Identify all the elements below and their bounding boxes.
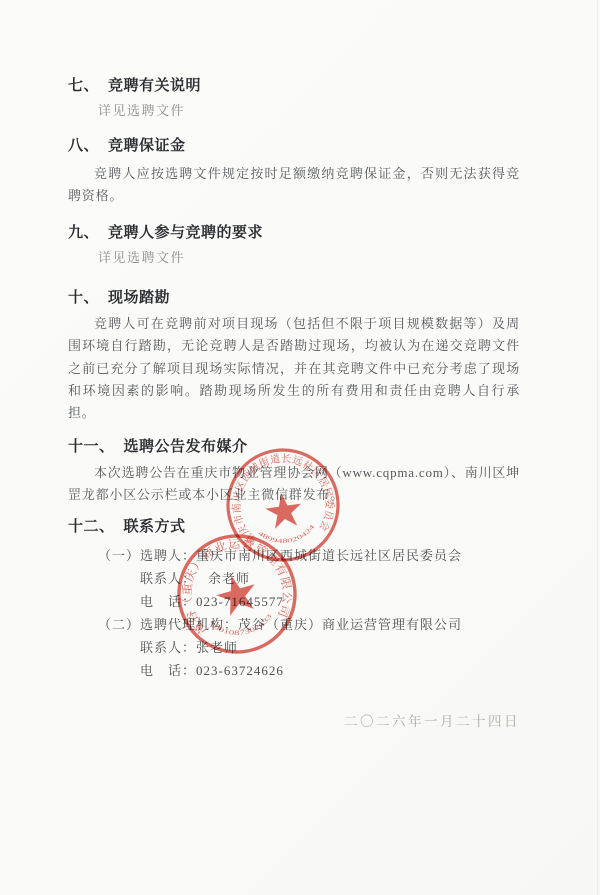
- svg-text:5001087302633: 5001087302633: [207, 612, 275, 640]
- scanned-document-page: 七、竞聘有关说明 详见选聘文件 八、竞聘保证金 竞聘人应按选聘文件规定按时足额缴…: [0, 0, 600, 895]
- section-7-heading: 七、竞聘有关说明: [68, 76, 520, 96]
- document-date: 二〇二六年一月二十四日: [68, 712, 520, 732]
- section-7-title: 竞聘有关说明: [108, 77, 201, 94]
- section-7-body: 详见选聘文件: [68, 102, 520, 120]
- section-8-heading: 八、竞聘保证金: [68, 136, 520, 156]
- committee-seal-star-icon: [263, 491, 304, 530]
- section-10-heading: 十、现场踏勘: [68, 288, 520, 308]
- section-9-number: 九、: [68, 224, 99, 241]
- section-8-title: 竞聘保证金: [108, 137, 186, 154]
- phone2-number: 023-63724626: [196, 663, 284, 678]
- scan-edge-artifact: [597, 0, 598, 895]
- section-12-number: 十二、: [68, 518, 115, 535]
- company-seal-graphic: 茂谷（重庆）商业运营管理有限公司 5001087302633: [168, 525, 306, 663]
- agency-phone-line: 电 话：023-63724626: [68, 659, 520, 682]
- section-8-body: 竞聘人应按选聘文件规定按时足额缴纳竞聘保证金，否则无法获得竞聘资格。: [68, 163, 520, 208]
- section-11-number: 十一、: [68, 438, 115, 455]
- section-9-body: 详见选聘文件: [68, 249, 520, 267]
- company-seal-stamp: 茂谷（重庆）商业运营管理有限公司 5001087302633: [168, 525, 306, 663]
- section-8-number: 八、: [68, 137, 99, 154]
- company-seal-code: 5001087302633: [207, 612, 275, 640]
- section-9-heading: 九、竞聘人参与竞聘的要求: [68, 223, 520, 243]
- section-7-number: 七、: [68, 77, 99, 94]
- section-12-title: 联系方式: [124, 518, 186, 535]
- phone2-label: 电 话：: [140, 663, 196, 678]
- section-10-number: 十、: [68, 289, 99, 306]
- company-seal-star-icon: [212, 570, 261, 618]
- section-10-body: 竞聘人可在竞聘前对项目现场（包括但不限于项目规模数据等）及周围环境自行踏勘，无论…: [68, 313, 520, 425]
- section-10-title: 现场踏勘: [108, 289, 170, 306]
- section-9-title: 竞聘人参与竞聘的要求: [108, 224, 263, 241]
